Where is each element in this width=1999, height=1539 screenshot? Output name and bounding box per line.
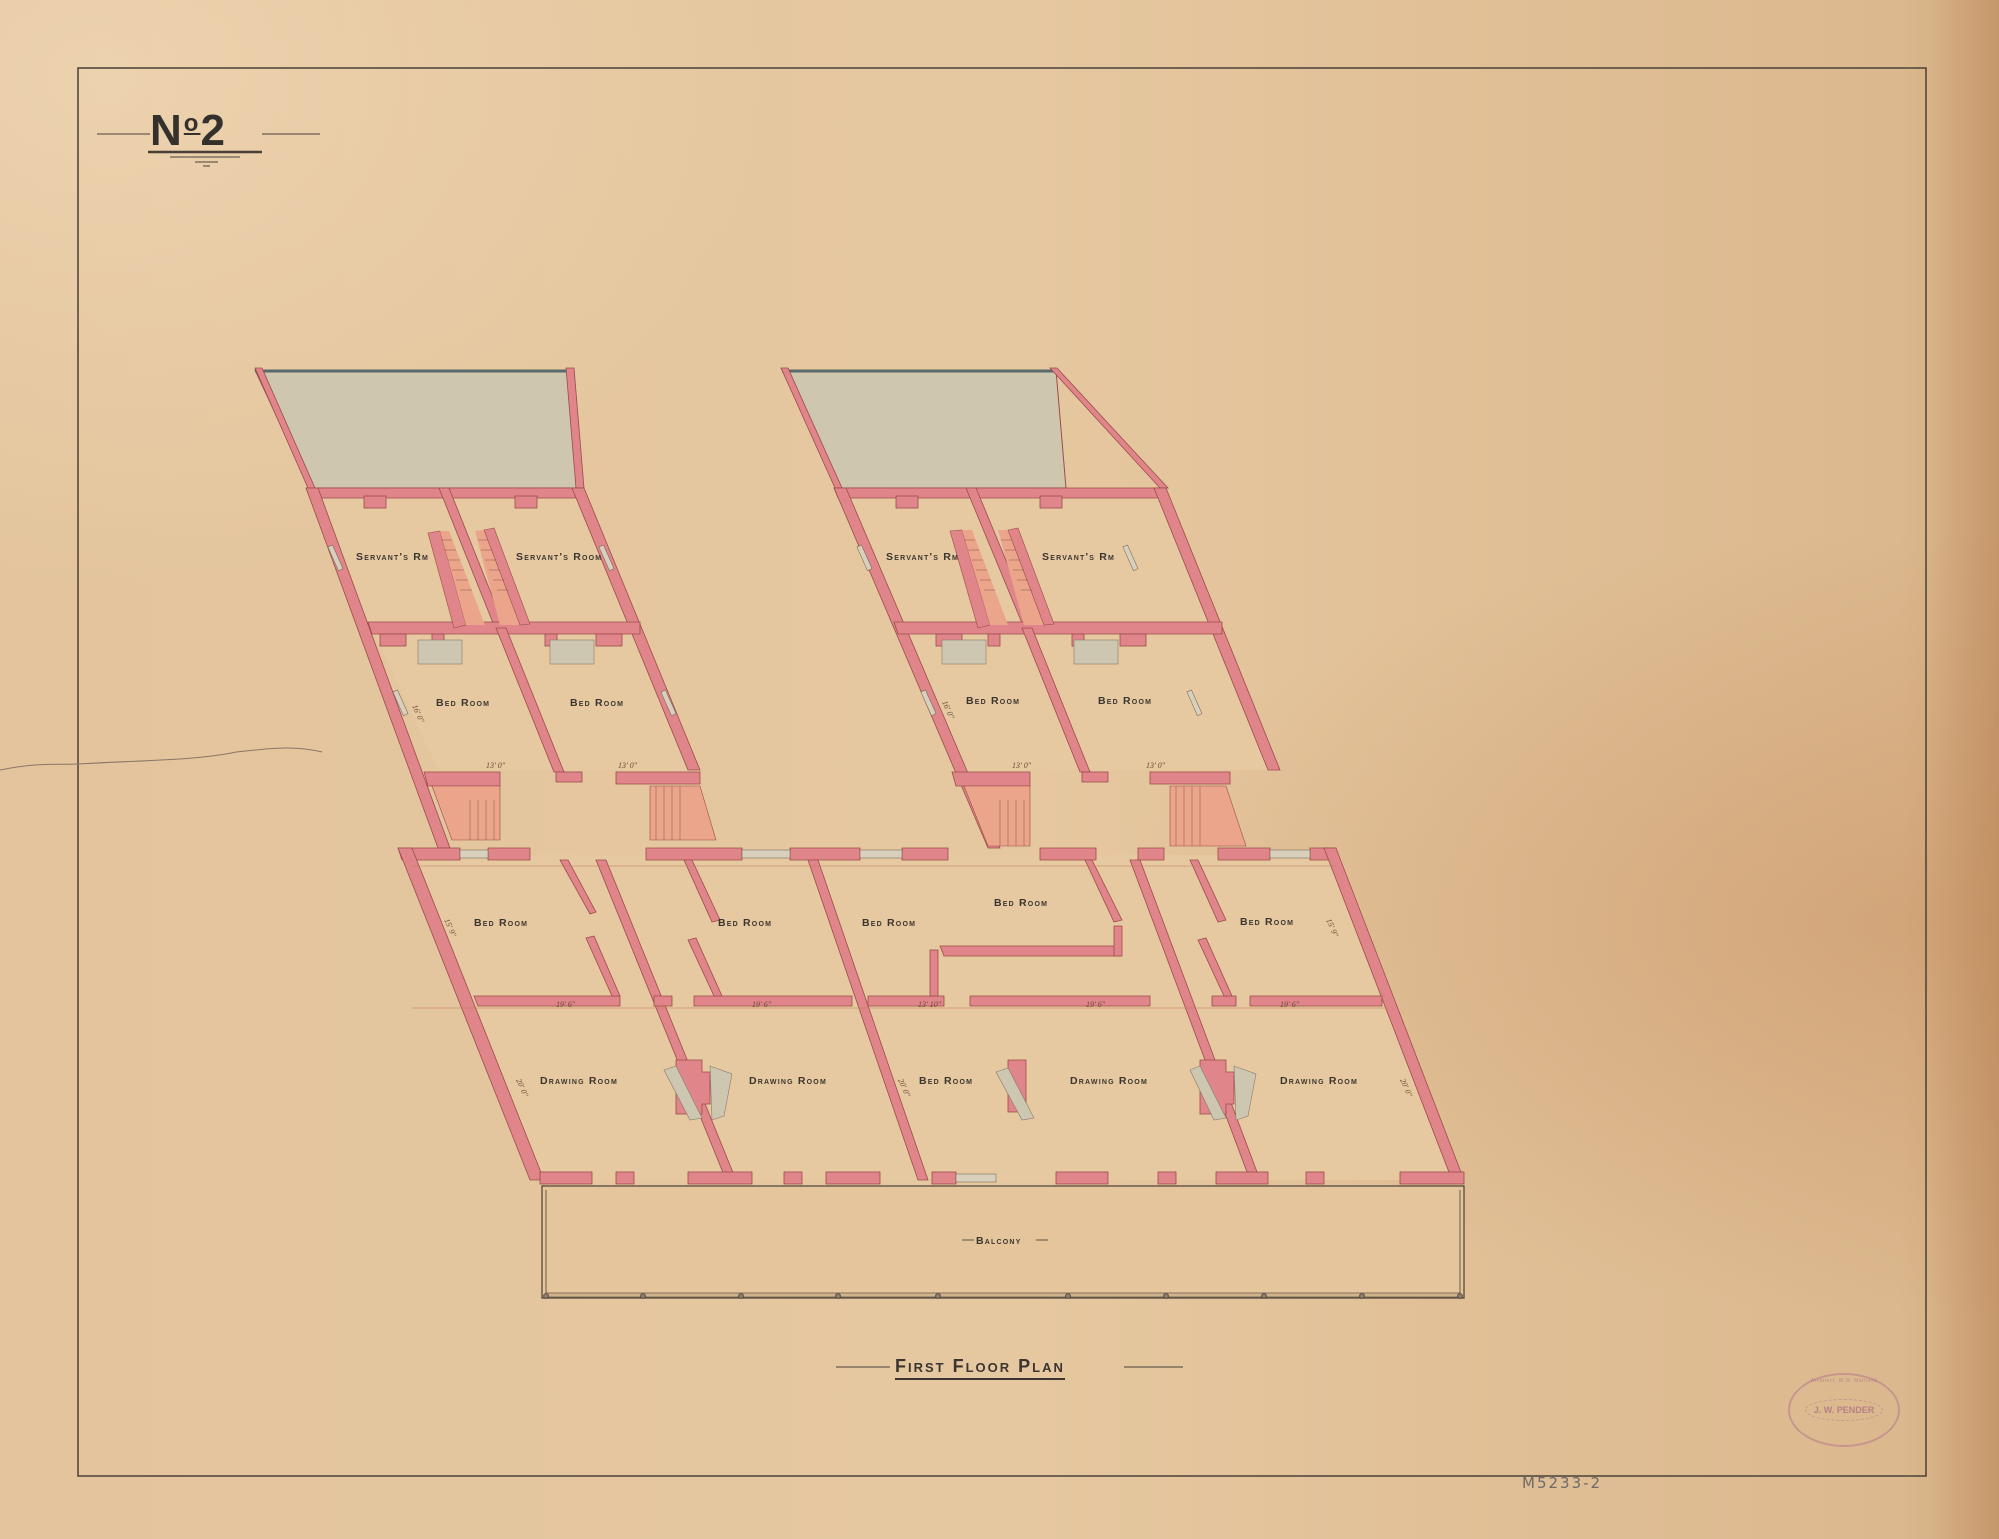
front-block: Bed Room Bed Room Bed Room Bed Room Bed … [398, 848, 1464, 1184]
dimension-label: 13' 0" [1146, 761, 1166, 770]
architect-stamp: Architect, W.W. Maitland J. W. PENDER [1788, 1373, 1900, 1447]
rear-yard [782, 370, 1066, 488]
dimension-label: 13' 10" [918, 1000, 942, 1009]
room-label: Bed Room [966, 695, 1020, 707]
dimension-label: 19' 6" [1280, 1000, 1300, 1009]
room-label: Bed Room [474, 917, 528, 929]
room-label: Drawing Room [1070, 1075, 1148, 1087]
room-label: Bed Room [919, 1075, 973, 1087]
room-label: Bed Room [718, 917, 772, 929]
room-label: Drawing Room [1280, 1075, 1358, 1087]
drawing-sheet: No2 [0, 0, 1999, 1539]
dimension-label: 19' 6" [752, 1000, 772, 1009]
dimension-label: 13' 0" [486, 761, 506, 770]
floor-plan: Servant's Rm Servant's Room Bed Room Bed… [0, 0, 1999, 1539]
dimension-label: 13' 0" [618, 761, 638, 770]
balcony: Balcony [542, 1186, 1464, 1299]
dimension-label: 13' 0" [1012, 761, 1032, 770]
stamp-name: J. W. PENDER [1805, 1399, 1884, 1421]
room-label: Servant's Room [516, 551, 602, 563]
room-label: Bed Room [1098, 695, 1152, 707]
room-label: Drawing Room [540, 1075, 618, 1087]
balcony-label: Balcony [976, 1235, 1022, 1247]
room-label: Bed Room [994, 897, 1048, 909]
room-label: Bed Room [436, 697, 490, 709]
room-label: Drawing Room [749, 1075, 827, 1087]
stamp-ring-text: Architect, W.W. Maitland [1790, 1378, 1898, 1384]
room-label: Servant's Rm [1042, 551, 1115, 563]
dimension-label: 19' 6" [1086, 1000, 1106, 1009]
room-label: Bed Room [862, 917, 916, 929]
room-label: Bed Room [1240, 916, 1294, 928]
dimension-label: 19' 6" [556, 1000, 576, 1009]
right-rear-block: Servant's Rm Servant's Rm Bed Room Bed R… [781, 368, 1280, 848]
room-label: Servant's Rm [886, 551, 959, 563]
catalog-mark: M5233-2 [1522, 1474, 1602, 1492]
left-rear-block: Servant's Rm Servant's Room Bed Room Bed… [255, 368, 716, 848]
sheet-number-rules [97, 134, 320, 166]
room-label: Bed Room [570, 697, 624, 709]
paper-crack [0, 748, 322, 770]
drawing-caption: First Floor Plan [895, 1356, 1065, 1380]
room-label: Servant's Rm [356, 551, 429, 563]
